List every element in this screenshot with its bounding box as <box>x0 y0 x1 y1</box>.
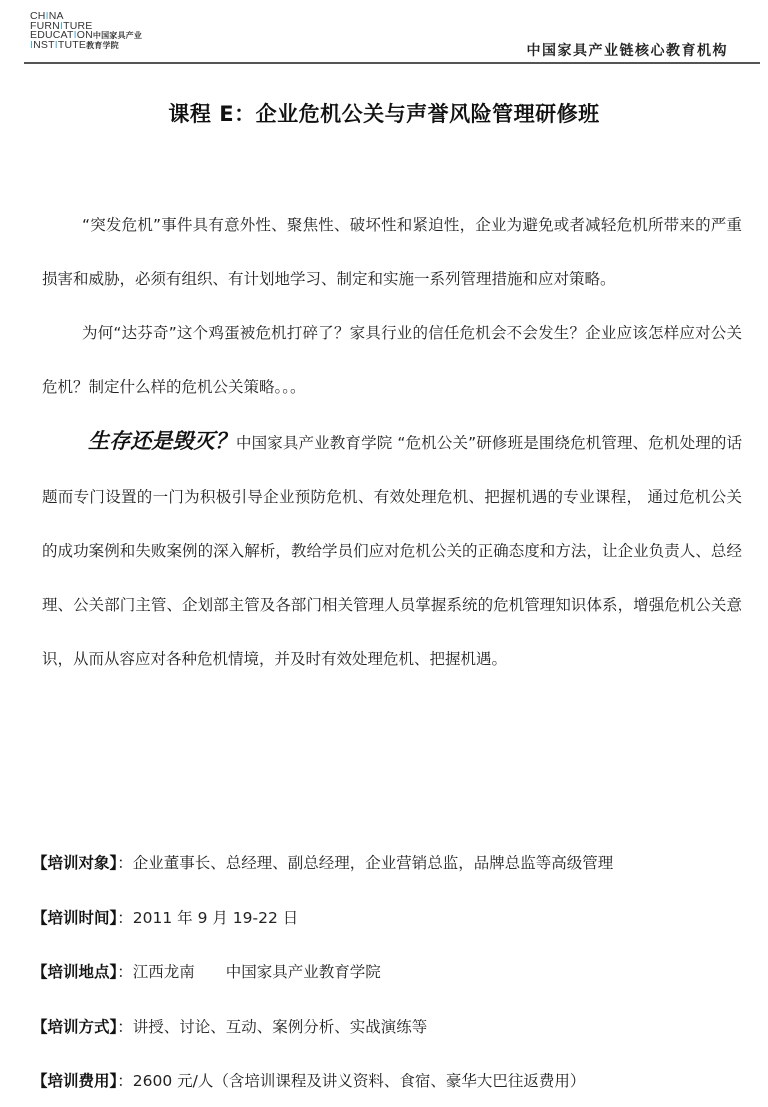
question-paragraph: 为何“达芬奇”这个鸡蛋被危机打碎了？家具行业的信任危机会不会发生？企业应该怎样应… <box>42 306 742 414</box>
logo-line-institute: INSTITUTE教育学院 <box>30 41 142 51</box>
info-row-audience: 【培训对象】：企业董事长、总经理、副总经理，企业营销总监，品牌总监等高级管理 <box>32 836 613 891</box>
info-row-time: 【培训时间】：2011 年 9 月 19-22 日 <box>32 891 613 946</box>
training-info-list: 【培训对象】：企业董事长、总经理、副总经理，企业营销总监，品牌总监等高级管理 【… <box>32 836 613 1107</box>
info-row-fee: 【培训费用】：2600 元/人（含培训课程及讲义资料、食宿、豪华大巴往返费用） <box>32 1054 613 1107</box>
document-body: “突发危机”事件具有意外性、聚焦性、破坏性和紧迫性，企业为避免或者减轻危机所带来… <box>42 198 742 686</box>
header-tagline: 中国家具产业链核心教育机构 <box>527 40 729 60</box>
header-divider <box>24 62 760 64</box>
info-row-method: 【培训方式】：讲授、讨论、互动、案例分析、实战演练等 <box>32 1000 613 1055</box>
institute-logo: CHINA FURNITURE EDUCATION中国家具产业 INSTITUT… <box>30 12 142 50</box>
description-paragraph: 生存还是毁灭？中国家具产业教育学院 “危机公关”研修班是围绕危机管理、危机处理的… <box>42 414 742 686</box>
page-title: 课程 E：企业危机公关与声誉风险管理研修班 <box>0 98 768 128</box>
info-row-location: 【培训地点】：江西龙南 中国家具产业教育学院 <box>32 945 613 1000</box>
emphasis-heading: 生存还是毁灭？ <box>88 429 236 453</box>
intro-paragraph: “突发危机”事件具有意外性、聚焦性、破坏性和紧迫性，企业为避免或者减轻危机所带来… <box>42 198 742 306</box>
description-text: 中国家具产业教育学院 “危机公关”研修班是围绕危机管理、危机处理的话题而专门设置… <box>42 434 742 668</box>
